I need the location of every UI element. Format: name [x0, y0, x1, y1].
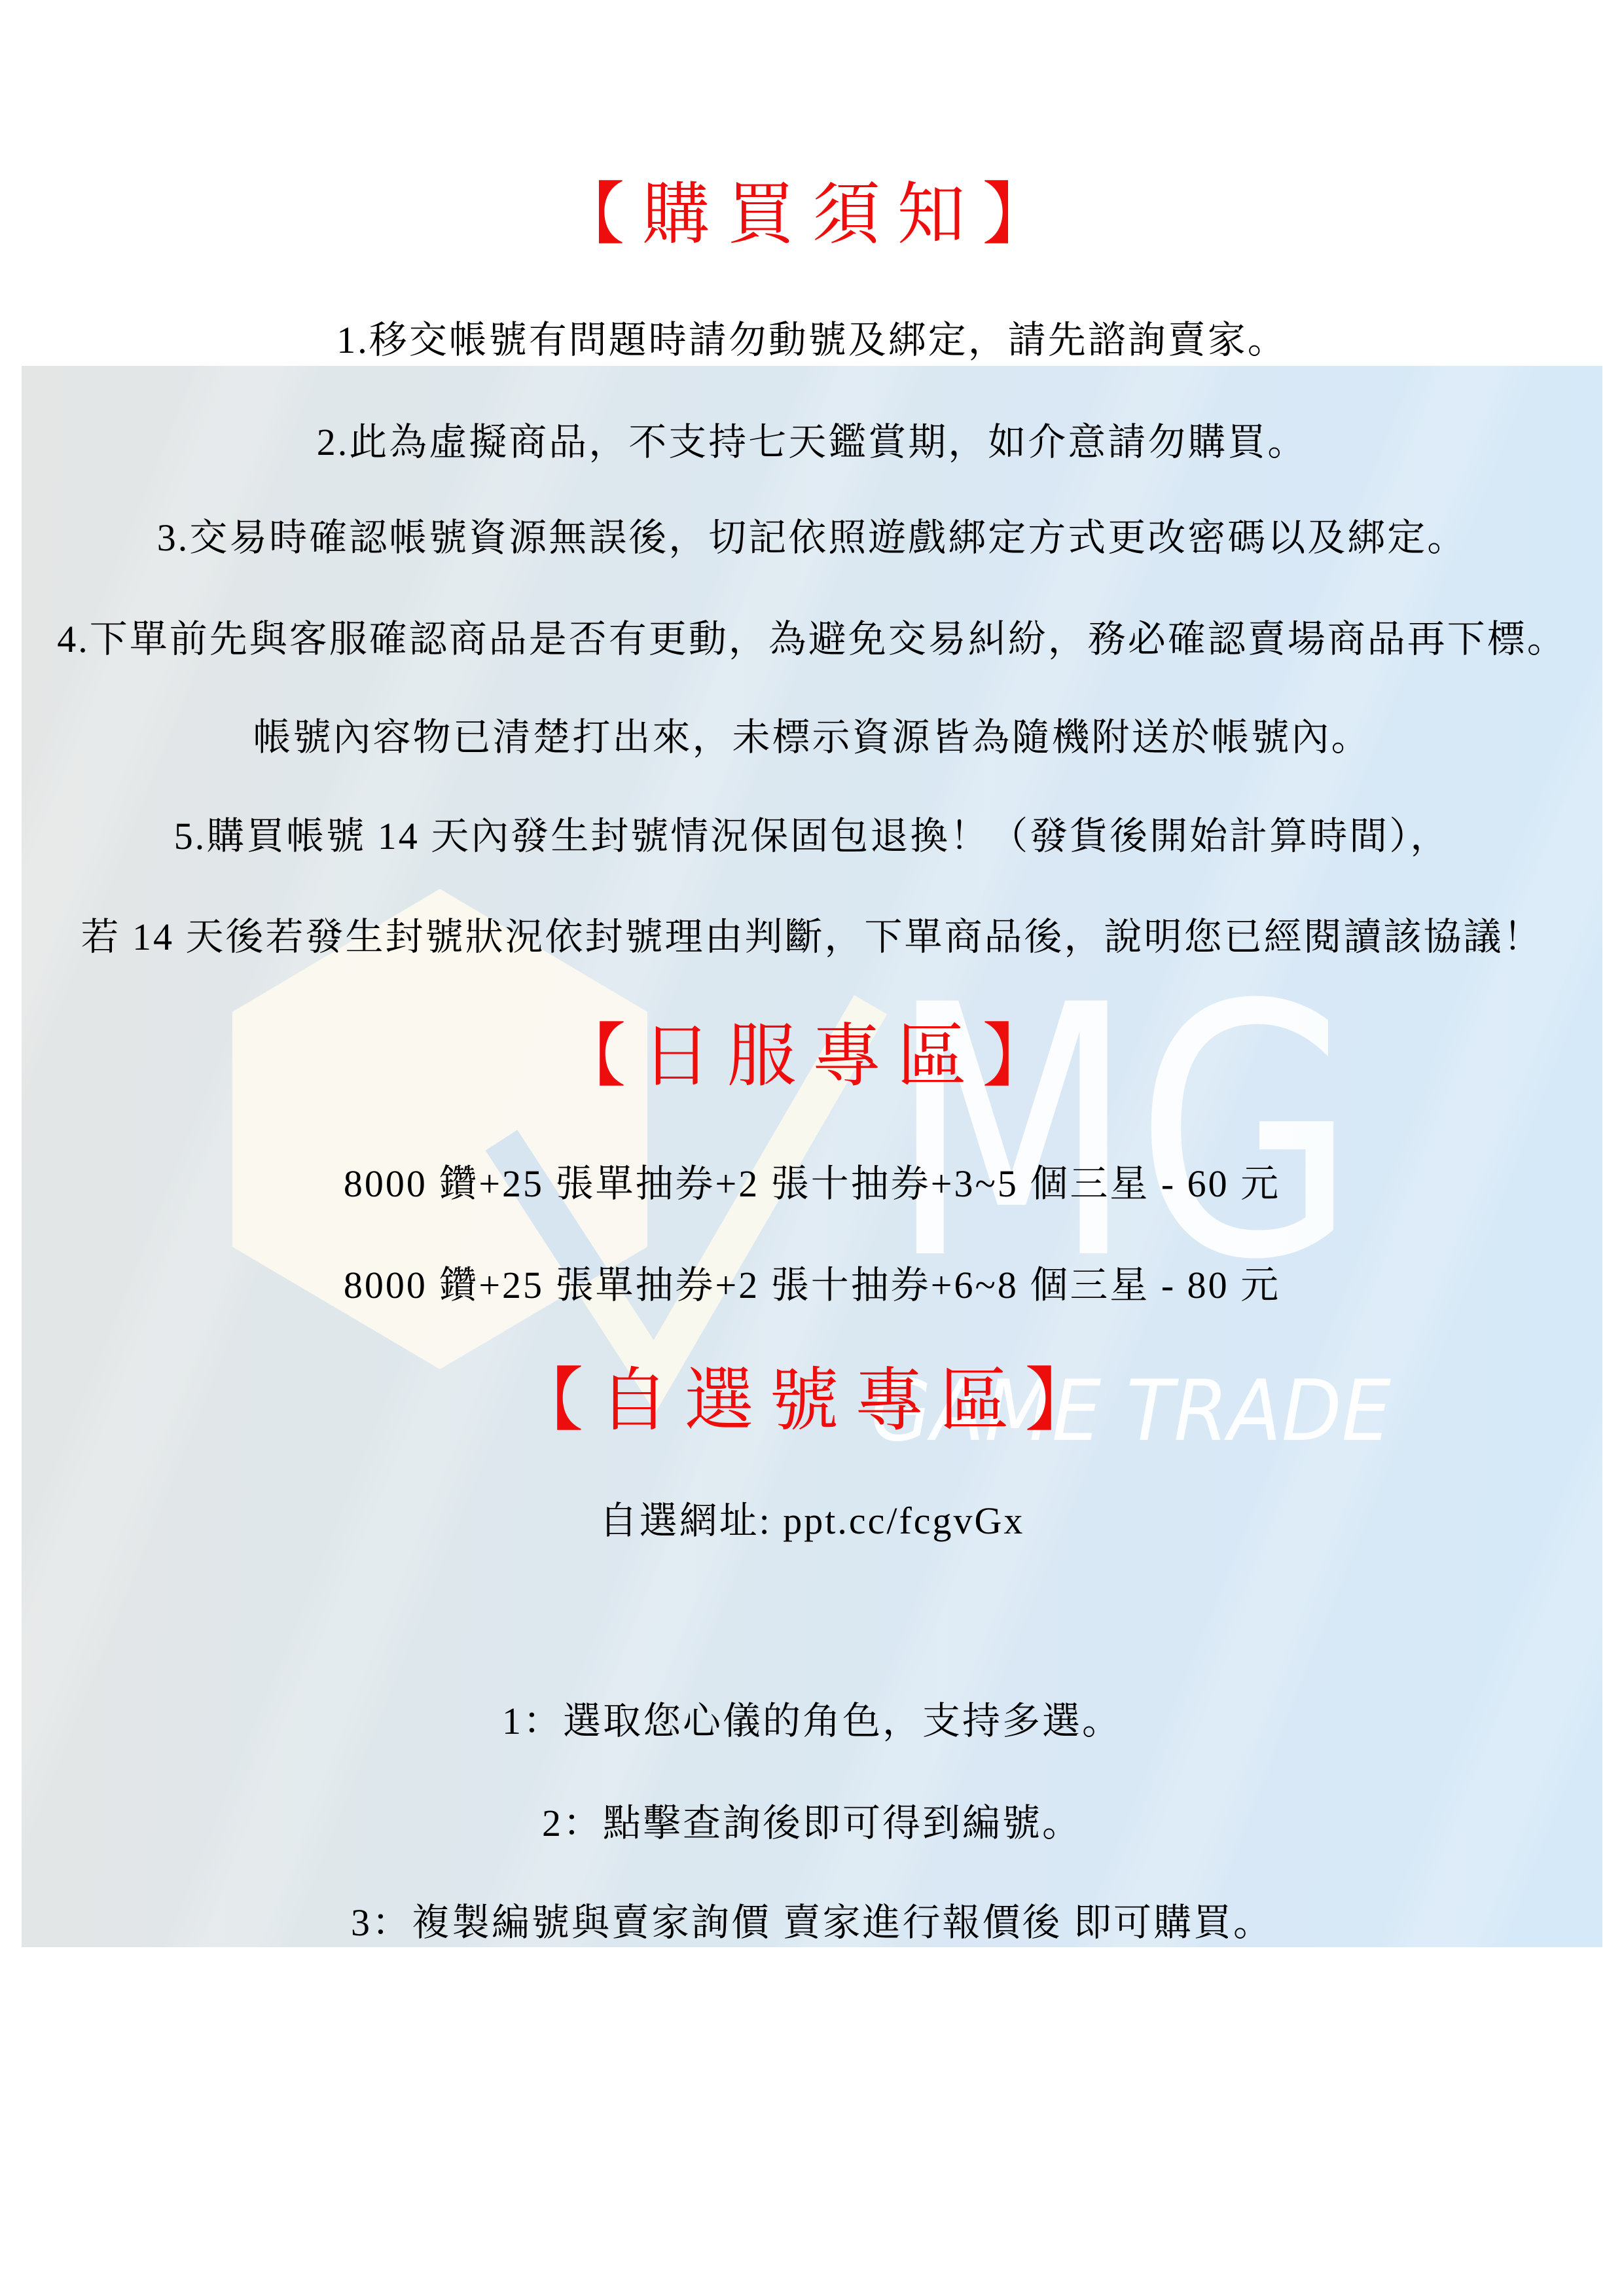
custom-url-line: 自選網址: ppt.cc/fcgvGx — [0, 1499, 1624, 1543]
step-line-3: 3：複製編號與賣家詢價 賣家進行報價後 即可購買。 — [0, 1901, 1624, 1945]
notice-line-4: 4.下單前先與客服確認商品是否有更動，為避免交易糾紛，務必確認賣場商品再下標。 — [0, 617, 1624, 662]
notice-line-6: 5.購買帳號 14 天內發生封號情況保固包退換！（發貨後開始計算時間）， — [0, 814, 1624, 859]
notice-line-2: 2.此為虛擬商品，不支持七天鑑賞期，如介意請勿購買。 — [0, 420, 1624, 465]
jp-offer-line-1: 8000 鑽+25 張單抽券+2 張十抽券+3~5 個三星 - 60 元 — [0, 1162, 1624, 1206]
page-title: 【購買須知】 — [0, 175, 1624, 256]
notice-line-7: 若 14 天後若發生封號狀況依封號理由判斷，下單商品後，說明您已經閱讀該協議！ — [0, 915, 1624, 960]
poster-page: MG GAME TRADE 【購買須知】 1.移交帳號有問題時請勿動號及綁定，請… — [0, 0, 1624, 2296]
section-heading-custom-number: 【自選號專區】 — [0, 1360, 1624, 1442]
notice-line-3: 3.交易時確認帳號資源無誤後，切記依照遊戲綁定方式更改密碼以及綁定。 — [0, 516, 1624, 560]
step-line-2: 2：點擊查詢後即可得到編號。 — [0, 1801, 1624, 1846]
step-line-1: 1：選取您心儀的角色，支持多選。 — [0, 1699, 1624, 1744]
notice-line-5: 帳號內容物已清楚打出來，未標示資源皆為隨機附送於帳號內。 — [0, 715, 1624, 760]
section-heading-jp-server: 【日服專區】 — [0, 1016, 1624, 1098]
notice-line-1: 1.移交帳號有問題時請勿動號及綁定，請先諮詢賣家。 — [0, 318, 1624, 363]
jp-offer-line-2: 8000 鑽+25 張單抽券+2 張十抽券+6~8 個三星 - 80 元 — [0, 1263, 1624, 1308]
